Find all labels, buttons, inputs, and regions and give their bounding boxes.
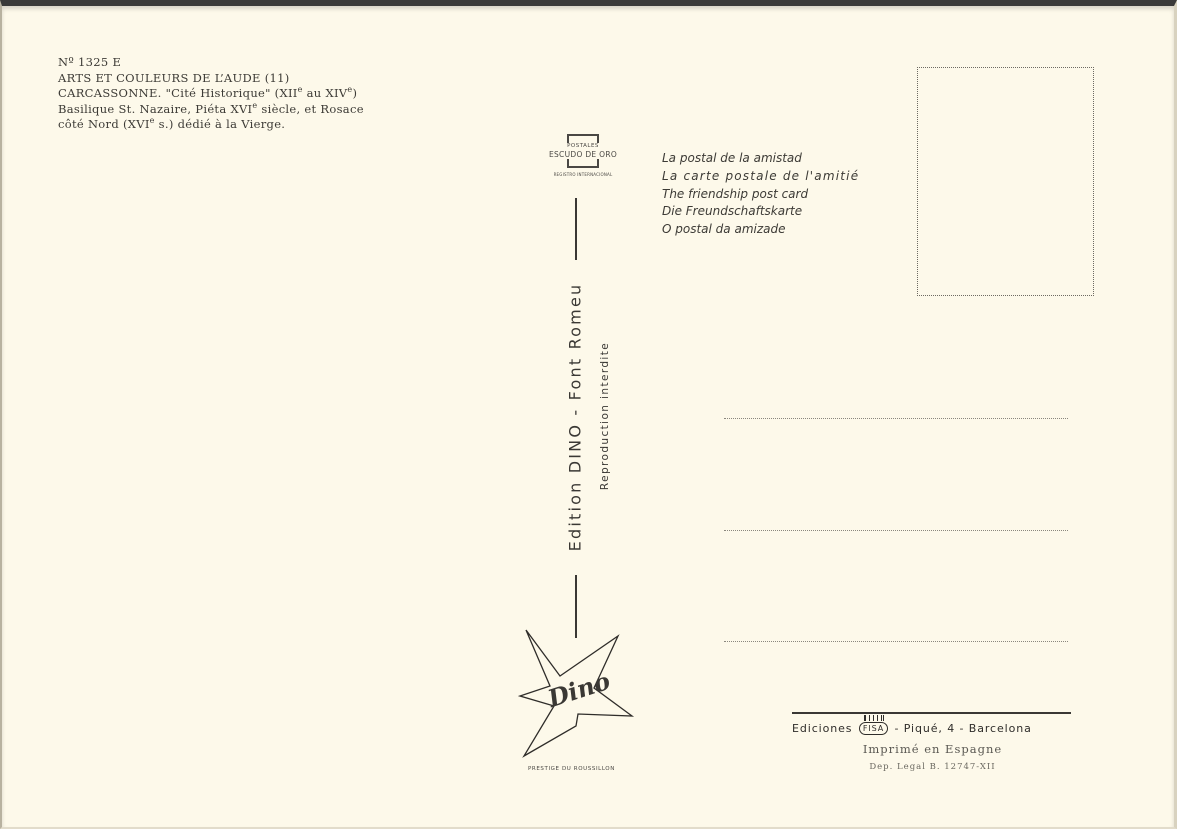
edition-credit: Edition DINO - Font Romeu <box>566 283 585 552</box>
spine-rule-top <box>575 198 577 260</box>
card-number: Nº 1325 E <box>58 55 364 71</box>
dino-script-text: Dino <box>543 666 613 713</box>
escudo-de-oro-logo: POSTALES ESCUDO DE ORO REGISTRO INTERNAC… <box>538 134 628 177</box>
series-title: ARTS ET COULEURS DE L’AUDE (11) <box>58 71 364 87</box>
address-line-3 <box>724 641 1068 642</box>
publisher-line: Ediciones FISA - Piqué, 4 - Barcelona <box>792 722 1073 735</box>
stamp-placeholder <box>917 67 1094 296</box>
friendship-german: Die Freundschaftskarte <box>662 203 859 221</box>
location-title: CARCASSONNE. "Cité Historique" (XIIe au … <box>58 86 364 102</box>
prestige-tagline: PRESTIGE DU ROUSSILLON <box>528 766 615 772</box>
escudo-line-2: ESCUDO DE ORO <box>538 150 628 159</box>
friendship-portuguese: O postal da amizade <box>662 221 859 239</box>
bracket-bottom-icon <box>567 159 599 168</box>
legal-deposit: Dep. Legal B. 12747-XII <box>792 762 1073 772</box>
printed-in: Imprimé en Espagne <box>792 742 1073 756</box>
friendship-spanish: La postal de la amistad <box>662 150 859 168</box>
escudo-line-1: POSTALES <box>538 143 628 150</box>
friendship-english: The friendship post card <box>662 186 859 204</box>
address-line-2 <box>724 530 1068 531</box>
friendship-multilingual: La postal de la amistad La carte postale… <box>662 150 859 239</box>
description-line-1: Basilique St. Nazaire, Piéta XVIe siècle… <box>58 102 364 118</box>
dino-star-logo-icon: Dino <box>518 628 638 760</box>
escudo-line-3: REGISTRO INTERNACIONAL <box>538 172 628 177</box>
postcard-caption: Nº 1325 E ARTS ET COULEURS DE L’AUDE (11… <box>58 55 364 133</box>
bracket-top-icon <box>567 134 599 143</box>
fisa-logo-icon: FISA <box>859 722 888 735</box>
footer-rule <box>792 712 1071 714</box>
address-line-1 <box>724 418 1068 419</box>
description-line-2: côté Nord (XVIe s.) dédié à la Vierge. <box>58 117 364 133</box>
friendship-french: La carte postale de l'amitié <box>662 168 859 186</box>
reproduction-notice: Reproduction interdite <box>599 342 611 490</box>
